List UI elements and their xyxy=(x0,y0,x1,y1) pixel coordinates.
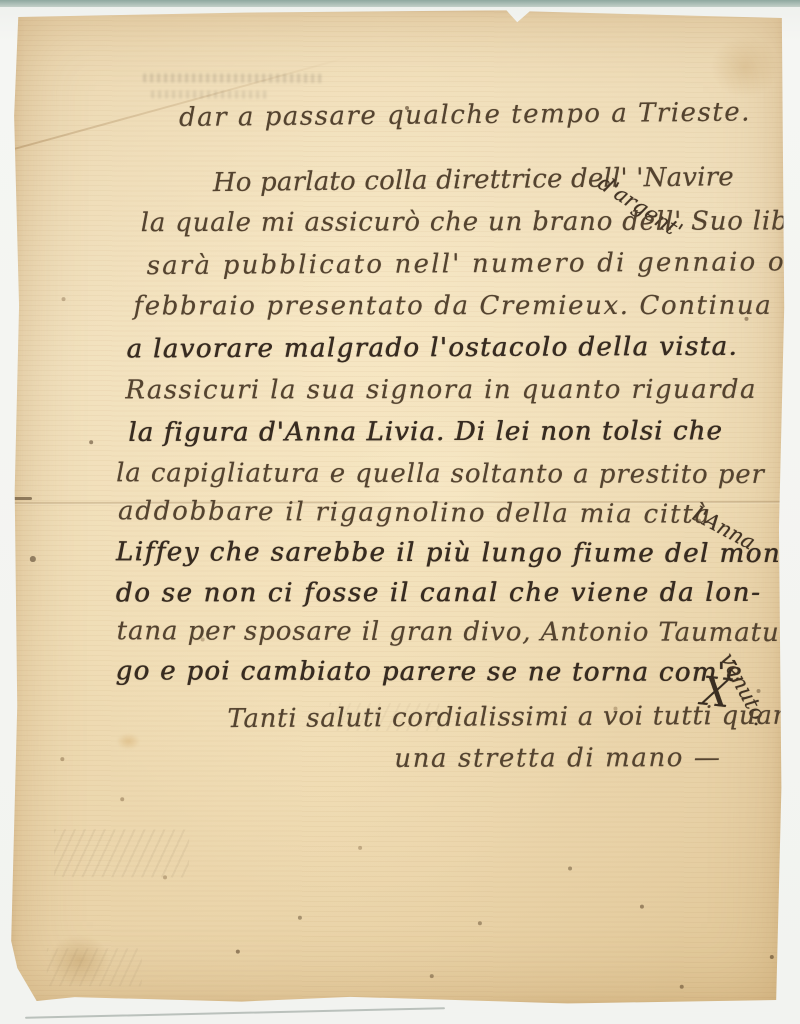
paper-stain xyxy=(699,26,791,108)
fold-crease-edge-mark xyxy=(10,497,32,500)
letter-line: febbraio presentato da Cremieux. Continu… xyxy=(134,291,773,322)
showthrough-hatch xyxy=(47,948,142,986)
paper-stain xyxy=(112,730,144,752)
letter-line: Liffey che sarebbe il più lungo fiume de… xyxy=(116,537,791,569)
letter-line: la capigliatura e quella soltanto a pres… xyxy=(116,458,765,490)
letter-line: addobbare il rigagnolino della mia città xyxy=(118,496,712,530)
bleedthrough-text-mark xyxy=(151,90,269,98)
letter-page: dar a passare qualche tempo a Trieste. H… xyxy=(9,6,788,1008)
letter-line: tana per sposare il gran divo, Antonio T… xyxy=(117,616,800,648)
letter-line: Rassicuri la sua signora in quanto rigua… xyxy=(125,375,757,406)
bleedthrough-text-mark xyxy=(143,73,325,82)
letter-line: do se non ci fosse il canal che viene da… xyxy=(116,578,762,609)
letter-line: go e poi cambiato parere se ne torna com… xyxy=(116,656,743,688)
showthrough-hatch xyxy=(54,829,189,877)
letter-line: Ho parlato colla direttrice dell' 'Navir… xyxy=(213,162,734,198)
scan-artifact-line xyxy=(25,1007,445,1019)
letter-closing-line: una stretta di mano — xyxy=(394,743,721,774)
letter-line: la figura d'Anna Livia. Di lei non tolsi… xyxy=(128,416,723,448)
letter-line: la quale mi assicurò che un brano dell' … xyxy=(141,206,800,238)
scan-edge-strip xyxy=(0,0,800,7)
scan-background: dar a passare qualche tempo a Trieste. H… xyxy=(0,0,800,1024)
letter-line: dar a passare qualche tempo a Trieste. xyxy=(179,97,751,132)
letter-line: a lavorare malgrado l'ostacolo della vis… xyxy=(126,332,738,365)
letter-line: sarà pubblicato nell' numero di gennaio … xyxy=(147,247,786,281)
letter-closing-line: Tanti saluti cordialissimi a voi tutti q… xyxy=(227,701,800,735)
